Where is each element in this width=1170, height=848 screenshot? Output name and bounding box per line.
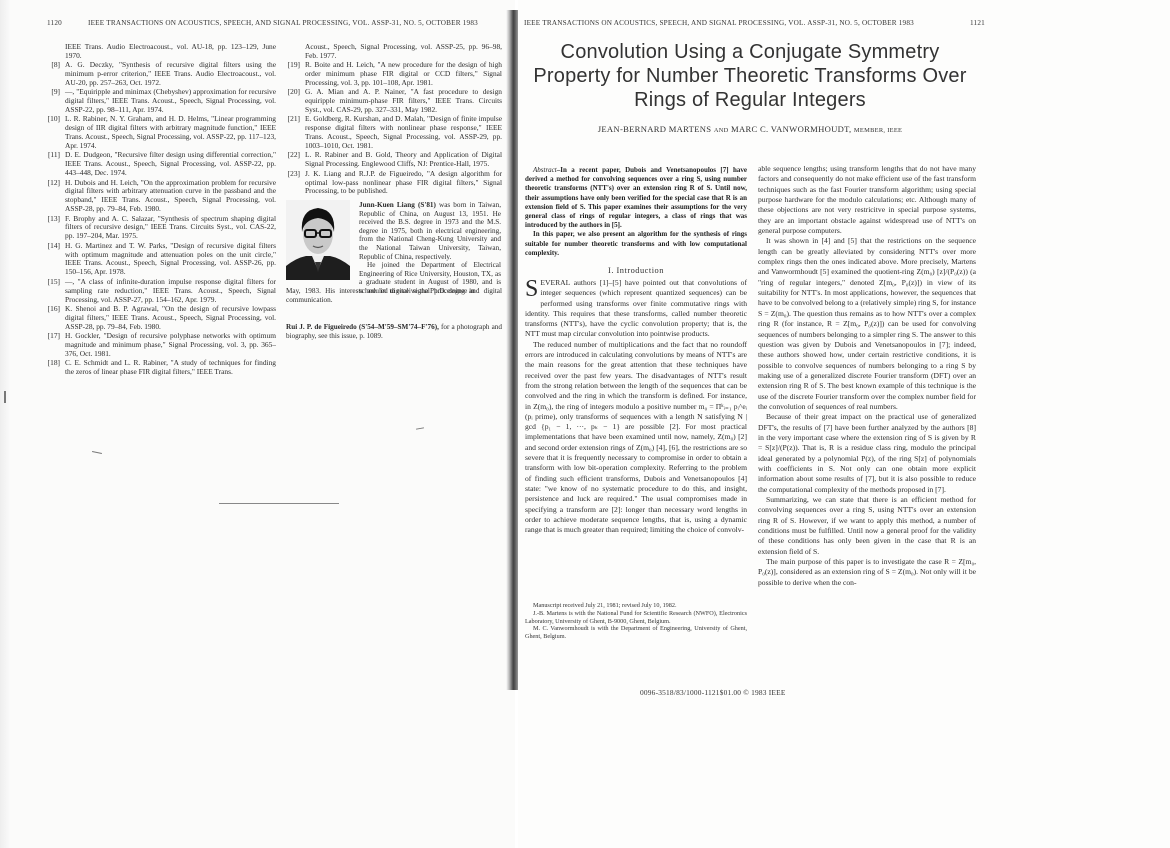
abstract-label: Abstract: [533, 166, 557, 174]
speck: [92, 451, 102, 454]
reference-item: [18]C. E. Schmidt and L. R. Rabiner, "A …: [44, 359, 276, 377]
reference-item: [13]F. Brophy and A. C. Salazar, "Synthe…: [44, 215, 276, 242]
end-rule: [219, 503, 339, 504]
paper-title: Convolution Using a Conjugate Symmetry P…: [520, 40, 980, 112]
paper-authors: JEAN-BERNARD MARTENS AND MARC C. VANWORM…: [520, 124, 980, 134]
reference-item: IEEE Trans. Audio Electroacoust., vol. A…: [44, 43, 276, 61]
reference-item: [16]K. Shenoi and B. P. Agrawal, "On the…: [44, 305, 276, 332]
reference-item: [19]R. Boite and H. Leich, "A new proced…: [284, 61, 502, 88]
abstract: Abstract–In a recent paper, Dubois and V…: [525, 166, 747, 258]
bio-liang-name: Junn-Kuen Liang (S'81): [359, 201, 436, 209]
reference-item: [9]—, "Equiripple and minimax (Chebyshev…: [44, 88, 276, 115]
copyright-line: 0096-3518/83/1000-1121$01.00 © 1983 IEEE: [640, 688, 890, 697]
speck: [416, 427, 424, 429]
reference-item: [12]H. Dubois and H. Leich, "On the appr…: [44, 179, 276, 215]
page-edge-shadow: [0, 0, 10, 848]
reference-item: [21]E. Goldberg, R. Kurshan, and D. Mala…: [284, 115, 502, 151]
reference-item: [23]J. K. Liang and R.J.P. de Figueiredo…: [284, 170, 502, 197]
left-page: 1120 IEEE TRANSACTIONS ON ACOUSTICS, SPE…: [0, 0, 515, 848]
left-page-number: 1120: [47, 19, 62, 27]
right-page-number: 1121: [970, 19, 985, 27]
references-column-1: IEEE Trans. Audio Electroacoust., vol. A…: [44, 43, 276, 377]
reference-item: [17]H. Gockler, "Design of recursive pol…: [44, 332, 276, 359]
drop-cap: S: [525, 279, 540, 299]
section-heading-introduction: I. Introduction: [525, 266, 747, 275]
bio-liang-bottom: May, 1983. His interests are in digital …: [286, 287, 502, 304]
bio-figueiredo: Rui J. P. de Figueiredo (S'54–M'59–SM'74…: [286, 323, 502, 340]
reference-item: [20]G. A. Mian and A. P. Nainer, "A fast…: [284, 88, 502, 115]
bio-liang-top: Junn-Kuen Liang (S'81) was born in Taiwa…: [359, 201, 501, 296]
reference-item: [8]A. G. Deczky, "Synthesis of recursive…: [44, 61, 276, 88]
bio-figueiredo-name: Rui J. P. de Figueiredo (S'54–M'59–SM'74…: [286, 323, 439, 331]
right-running-head: IEEE TRANSACTIONS ON ACOUSTICS, SPEECH, …: [524, 19, 914, 27]
reference-item: [22]L. R. Rabiner and B. Gold, Theory an…: [284, 151, 502, 169]
speck: [4, 391, 6, 403]
author-photo: [286, 200, 350, 280]
left-running-head: IEEE TRANSACTIONS ON ACOUSTICS, SPEECH, …: [88, 19, 478, 27]
reference-item: [14]H. G. Martinez and T. W. Parks, "Des…: [44, 242, 276, 278]
intro-column-right: able sequence lengths; using transform l…: [758, 164, 976, 588]
footnotes: Manuscript received July 21, 1981; revis…: [525, 602, 747, 641]
reference-item: [10]L. R. Rabiner, N. Y. Graham, and H. …: [44, 115, 276, 151]
intro-column-left: SEVERAL authors [1]–[5] have pointed out…: [525, 278, 747, 535]
reference-item: [15]—, "A class of infinite-duration imp…: [44, 278, 276, 305]
reference-item: Acoust., Speech, Signal Processing, vol.…: [284, 43, 502, 61]
portrait-icon: [286, 200, 350, 280]
references-column-2: Acoust., Speech, Signal Processing, vol.…: [284, 43, 502, 197]
reference-item: [11]D. E. Dudgeon, "Recursive filter des…: [44, 151, 276, 178]
